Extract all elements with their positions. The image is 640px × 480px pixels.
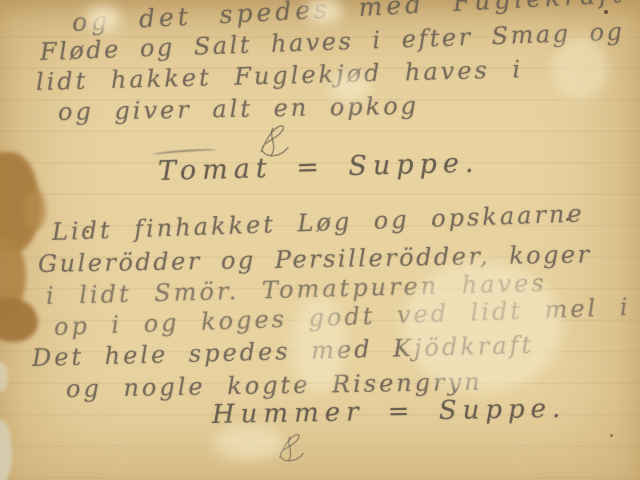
ink-speck	[610, 434, 613, 437]
scanned-recipe-page: og det spedes med Fuglekraft Fløde og Sa…	[0, 0, 640, 480]
recipe-title: Hummer = Suppe.	[212, 394, 567, 430]
flourish-icon	[268, 428, 312, 470]
ink-speck	[604, 10, 608, 14]
